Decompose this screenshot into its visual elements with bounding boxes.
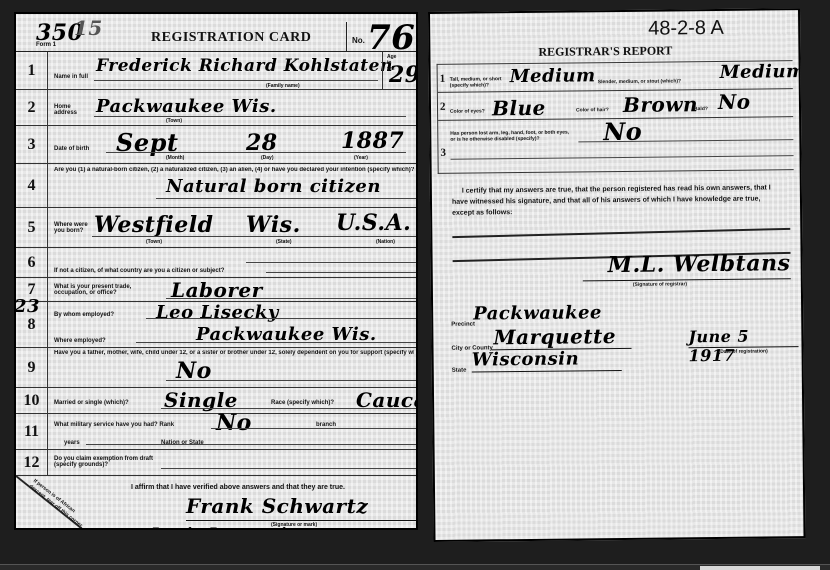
hair-value: Brown [623,92,698,117]
employer-value: Leo Lisecky [156,302,279,323]
height-value: Medium [510,65,596,87]
row-employer: 8 23 By whom employed? Leo Lisecky Where… [16,302,416,348]
scrollbar-thumb[interactable] [700,566,820,570]
row-home-address: 2 Home address Packwaukee Wis. (Town) [16,90,416,126]
age-box: Age in yrs 29 [382,52,383,89]
registrar-signature-label: (Signature of registrar) [633,281,687,288]
state-sublabel: (State) [276,239,292,245]
military-label: What military service have you had? Rank [54,422,174,428]
birthplace-town: Westfield [94,212,214,238]
affirmation-text: I affirm that I have verified above answ… [131,484,345,491]
witness-note: Louis Jones witness to mark [151,524,416,530]
side-annotation: 23 [14,296,40,317]
disability-label: Has person lost arm, leg, hand, foot, or… [450,130,570,143]
form-label: Form 1 [36,42,56,48]
bald-label: Bald? [694,106,708,112]
row-occupation: 7 What is your present trade, occupation… [16,278,416,302]
form-annotation: 15 [74,16,103,40]
card-header: 350 15 Form 1 REGISTRATION CARD No. 76 [16,14,416,52]
where-employed-label: Where employed? [54,338,106,344]
row-number: 3 [16,126,48,163]
dob-label: Date of birth [54,146,89,152]
card-number-box: No. 76 [346,22,418,52]
row-height-build: 1 Tall, medium, or short (specify which)… [438,61,793,93]
affirmation-section: If person is of African descent, tear of… [16,476,416,528]
card-title: REGISTRATION CARD [151,30,311,46]
eyes-value: Blue [492,96,546,121]
bald-value: No [718,90,751,114]
registrar-signature: M.L. Welbtans [608,250,791,278]
town-sublabel: (Town) [146,239,162,245]
birthplace-state: Wis. [246,212,301,238]
year-sublabel: (Year) [354,155,368,161]
birthplace-label: Where were you born? [54,222,88,234]
physical-description-table: 1 Tall, medium, or short (specify which)… [437,60,794,174]
row-name: 1 Name in full Frederick Richard Kohlsta… [16,52,416,90]
hair-label: Color of hair? [576,107,609,113]
row-number: 1 [16,52,48,89]
name-label: Name in full [54,74,88,80]
day-sublabel: (Day) [261,155,274,161]
military-value: No [216,410,252,436]
exceptions-line-1 [452,228,790,238]
row-number: 12 [16,450,48,475]
row-number: 6 [16,248,48,277]
date-label: (Date of registration) [719,348,768,355]
registration-card: 350 15 Form 1 REGISTRATION CARD No. 76 1… [14,12,418,530]
certification-text: I certify that my answers are true, that… [452,182,784,218]
build-value: Medium [720,61,806,83]
state-label: State [452,368,467,374]
precinct-label: Precinct [451,322,475,328]
registrars-report: 48-2-8 A REGISTRAR'S REPORT 1 Tall, medi… [428,8,806,542]
row-dependents: 9 Have you a father, mother, wife, child… [16,348,416,388]
row-foreign-citizenship: 6 If not a citizen, of what country are … [16,248,416,278]
dob-year: 1887 [341,128,404,154]
name-value: Frederick Richard Kohlstaten [96,56,393,76]
row-disability: 3 Has person lost arm, leg, hand, foot, … [438,117,794,173]
row-number: 3 [440,147,446,159]
serial-number: 48-2-8 A [648,17,724,41]
birthplace-nation: U.S.A. [336,210,411,236]
row-number: 11 [16,414,48,449]
row-citizenship: 4 Are you (1) a natural-born citizen, (2… [16,164,416,208]
report-title: REGISTRAR'S REPORT [538,43,672,59]
citizenship-label: Are you (1) a natural-born citizen, (2) … [54,167,414,173]
card-number-label: No. [352,36,365,45]
nation-state-label: Nation or State [161,440,204,446]
registrant-signature: Frank Schwartz [186,494,368,518]
foreign-citizenship-label: If not a citizen, of what country are yo… [54,268,224,274]
row-number: 1 [440,73,446,85]
nation-sublabel: (Nation) [376,239,395,245]
row-birthplace: 5 Where were you born? Westfield Wis. U.… [16,208,416,248]
row-number: 10 [16,388,48,413]
years-label: years [64,440,80,446]
exemption-label: Do you claim exemption from draft (speci… [54,456,154,468]
town-sublabel: (Town) [166,118,182,124]
build-label: Slender, medium, or stout (which)? [598,78,681,85]
row-date-of-birth: 3 Date of birth Sept 28 1887 (Month) (Da… [16,126,416,164]
month-sublabel: (Month) [166,155,184,161]
row-number: 2 [16,90,48,125]
row-number: 4 [16,164,48,207]
marital-label: Married or single (which)? [54,400,129,406]
horizontal-scrollbar[interactable] [0,564,830,570]
name-sublabel: (Family name) [266,83,300,89]
home-address-value: Packwaukee Wis. [96,96,277,117]
row-number: 9 [16,348,48,387]
home-address-label: Home address [54,104,84,116]
age-value: 29 [389,62,418,88]
row-military-service: 11 What military service have you had? R… [16,414,416,450]
dependents-label: Have you a father, mother, wife, child u… [54,350,414,356]
precinct-value: Packwaukee [473,302,602,324]
state-value: Wisconsin [472,348,580,370]
row-number: 2 [440,101,446,113]
row-number: 5 [16,208,48,247]
eyes-label: Color of eyes? [450,108,485,114]
height-label: Tall, medium, or short (specify which)? [450,76,505,89]
occupation-label: What is your present trade, occupation, … [54,284,164,296]
city-county-value: Marquette [493,324,616,349]
citizenship-value: Natural born citizen [166,176,381,197]
employer-label: By whom employed? [54,312,114,318]
row-exemption: 12 Do you claim exemption from draft (sp… [16,450,416,476]
race-label: Race (specify which)? [271,400,334,406]
